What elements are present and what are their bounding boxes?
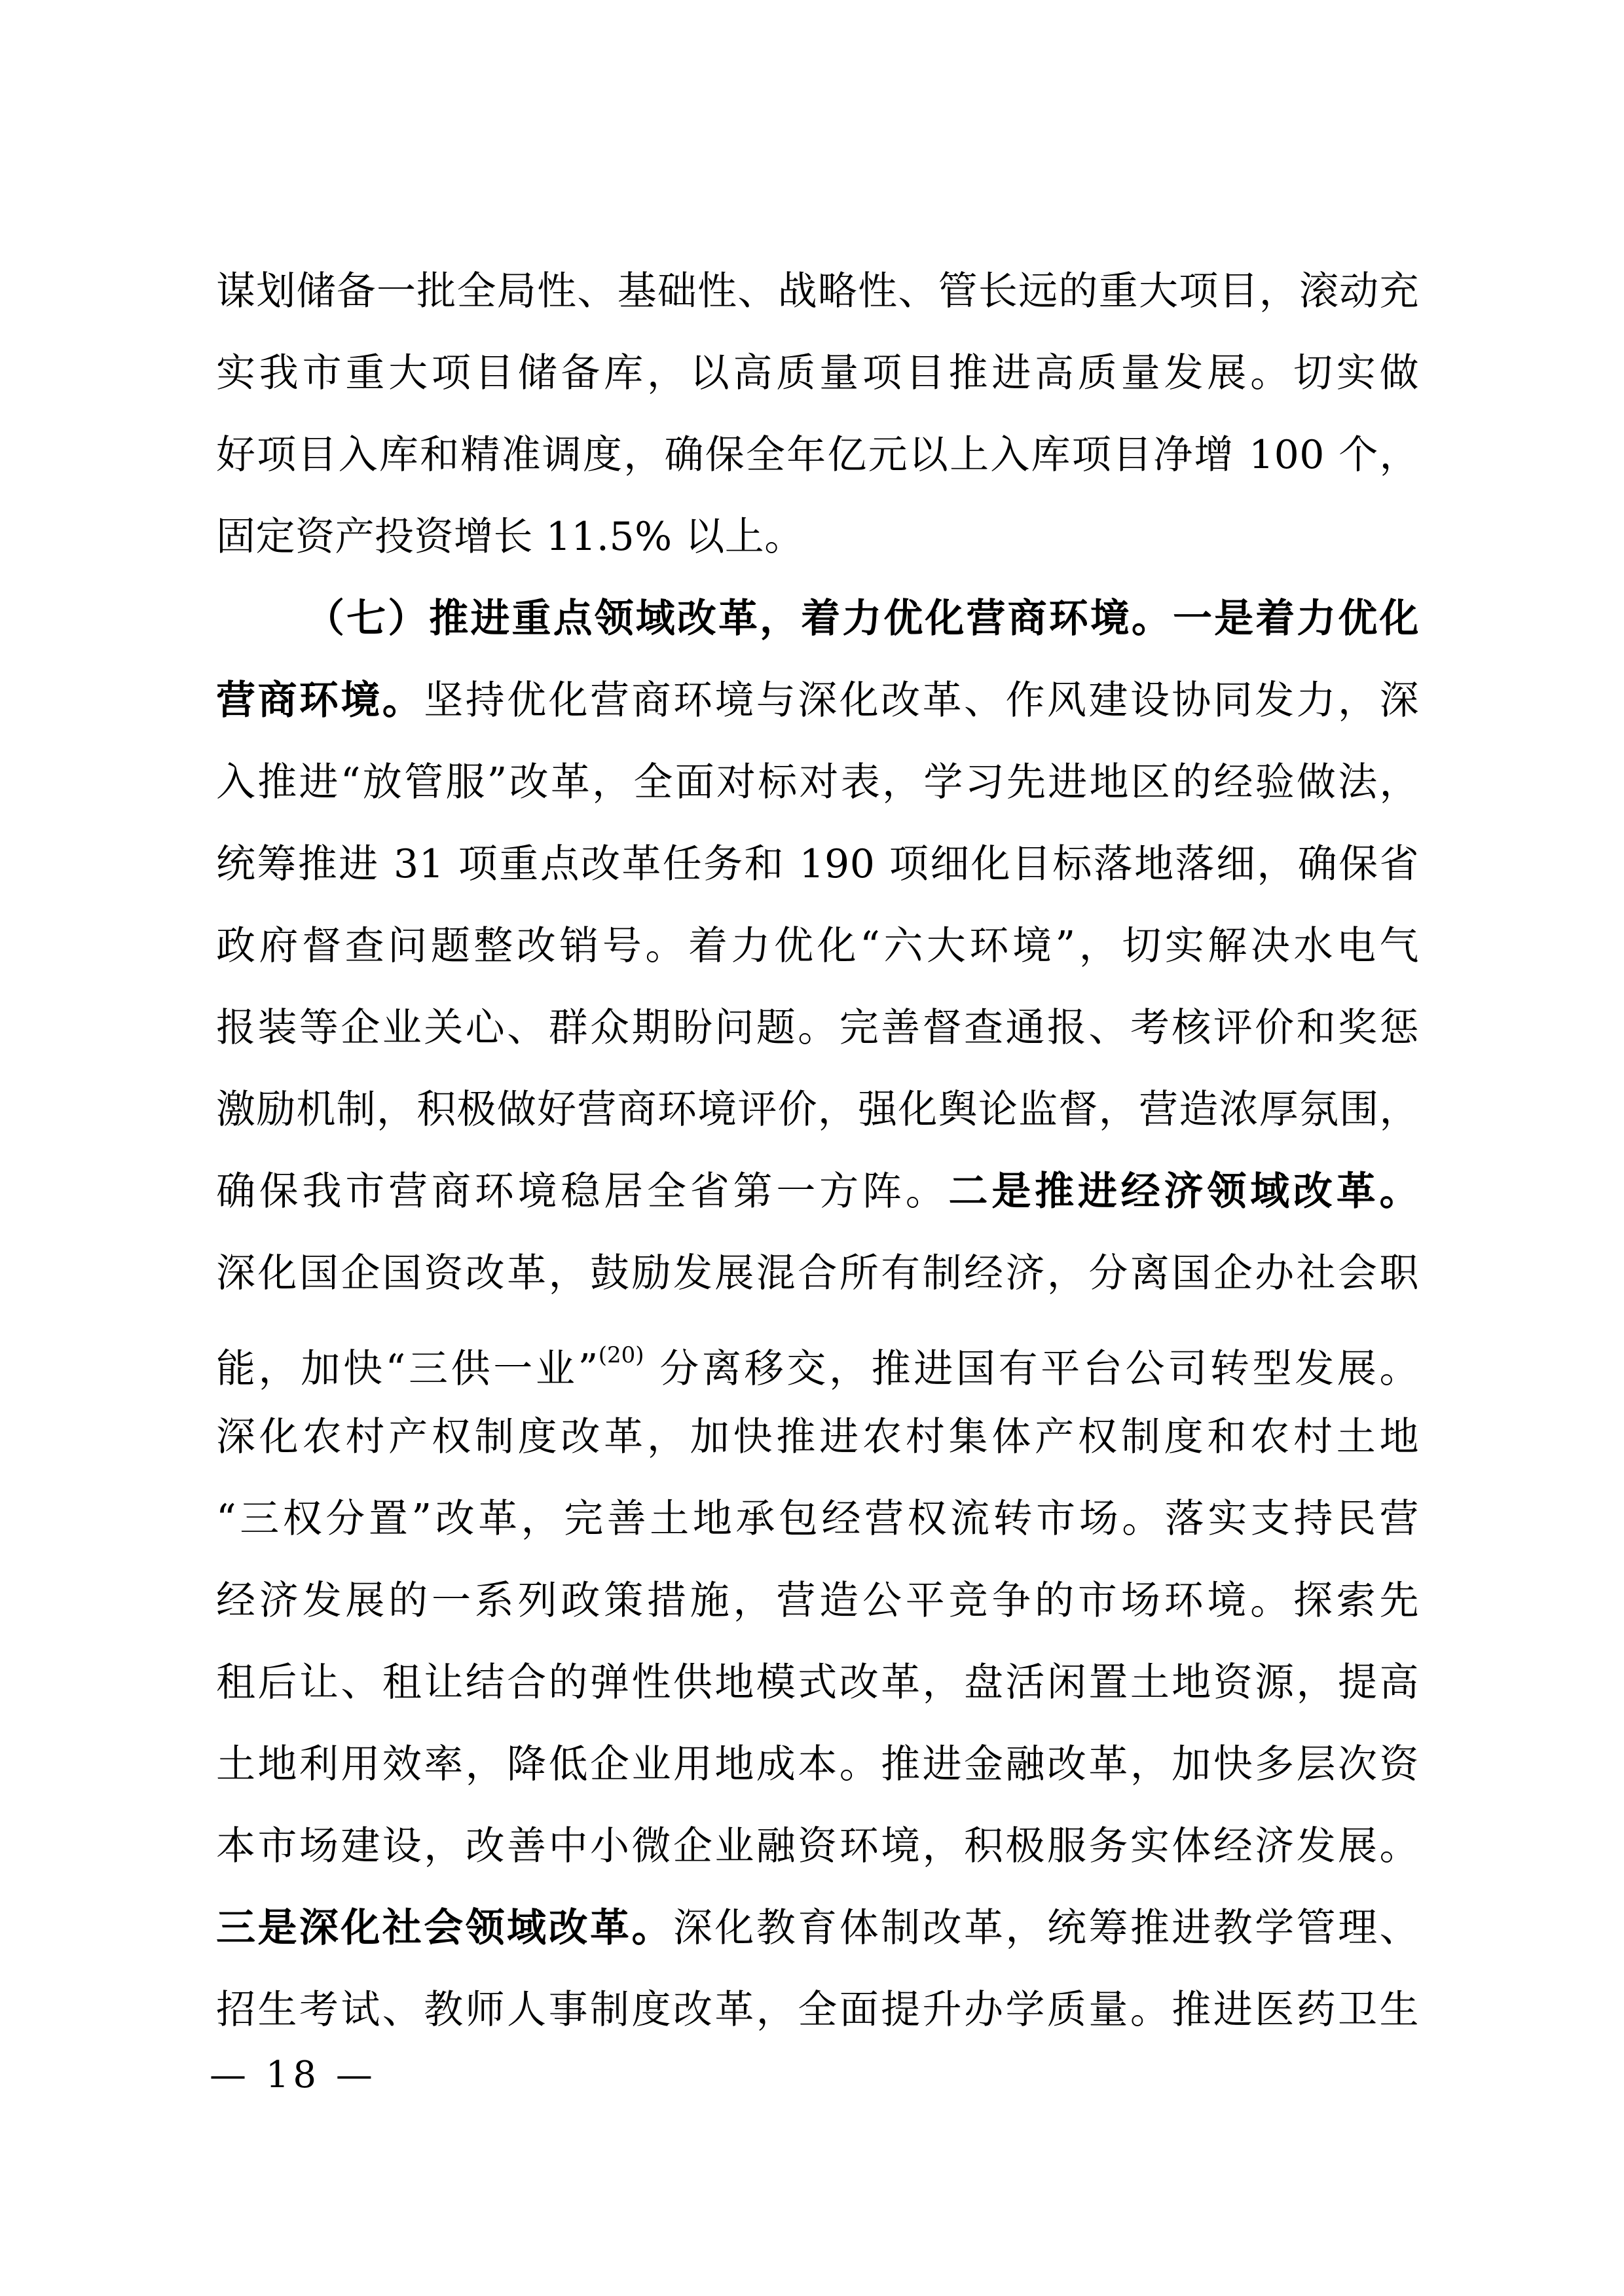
text-segment: 招生考试、教师人事制度改革，全面提升办学质量。推进医药卫生 (216, 1987, 1419, 2033)
document-body: 谋划储备一批全局性、基础性、战略性、管长远的重大项目，滚动充实我市重大项目储备库… (216, 251, 1419, 2051)
text-segment: 土地利用效率，降低企业用地成本。推进金融改革，加快多层次资 (216, 1741, 1419, 1787)
text-segment: 能，加快“三供一业” (216, 1346, 599, 1392)
text-segment: 深化教育体制改革，统筹推进教学管理、 (673, 1905, 1419, 1951)
text-segment: 固定资产投资增长 11.5% 以上。 (216, 514, 804, 560)
text-line: 报装等企业关心、群众期盼问题。完善督查通报、考核评价和奖惩 (216, 987, 1419, 1069)
text-segment: 确保我市营商环境稳居全省第一方阵。 (216, 1169, 949, 1214)
text-line: 深化农村产权制度改革，加快推进农村集体产权制度和农村土地 (216, 1396, 1419, 1478)
bold-text-segment: （七）推进重点领域改革，着力优化营商环境。一是着力优化 (305, 596, 1419, 642)
text-segment: 经济发展的一系列政策措施，营造公平竞争的市场环境。探索先 (216, 1578, 1419, 1624)
footnote-ref: (20) (599, 1342, 644, 1368)
text-line: 招生考试、教师人事制度改革，全面提升办学质量。推进医药卫生 (216, 1969, 1419, 2051)
text-line: 激励机制，积极做好营商环境评价，强化舆论监督，营造浓厚氛围， (216, 1069, 1419, 1151)
text-line: 土地利用效率，降低企业用地成本。推进金融改革，加快多层次资 (216, 1724, 1419, 1806)
text-line: 实我市重大项目储备库，以高质量项目推进高质量发展。切实做 (216, 333, 1419, 414)
text-segment: 深化农村产权制度改革，加快推进农村集体产权制度和农村土地 (216, 1414, 1419, 1460)
text-segment: 报装等企业关心、群众期盼问题。完善督查通报、考核评价和奖惩 (216, 1005, 1419, 1051)
text-line: 政府督查问题整改销号。着力优化“六大环境”，切实解决水电气 (216, 905, 1419, 987)
text-line: 入推进“放管服”改革，全面对标对表，学习先进地区的经验做法， (216, 742, 1419, 824)
text-segment: 深化国企国资改革，鼓励发展混合所有制经济，分离国企办社会职 (216, 1250, 1419, 1296)
text-line: 深化国企国资改革，鼓励发展混合所有制经济，分离国企办社会职 (216, 1233, 1419, 1315)
text-line: 能，加快“三供一业”(20) 分离移交，推进国有平台公司转型发展。 (216, 1315, 1419, 1396)
text-segment: 政府督查问题整改销号。着力优化“六大环境”，切实解决水电气 (216, 923, 1419, 969)
text-line: 固定资产投资增长 11.5% 以上。 (216, 496, 1419, 578)
text-line: （七）推进重点领域改革，着力优化营商环境。一是着力优化 (216, 578, 1419, 660)
text-segment: 租后让、租让结合的弹性供地模式改革，盘活闲置土地资源，提高 (216, 1660, 1419, 1705)
text-line: 统筹推进 31 项重点改革任务和 190 项细化目标落地落细，确保省 (216, 824, 1419, 905)
document-page: 谋划储备一批全局性、基础性、战略性、管长远的重大项目，滚动充实我市重大项目储备库… (0, 0, 1624, 2296)
text-line: 营商环境。坚持优化营商环境与深化改革、作风建设协同发力，深 (216, 660, 1419, 742)
text-segment: 坚持优化营商环境与深化改革、作风建设协同发力，深 (424, 678, 1419, 723)
page-number: — 18 — (210, 2054, 377, 2096)
bold-text-segment: 三是深化社会领域改革。 (216, 1905, 673, 1951)
text-line: 三是深化社会领域改革。深化教育体制改革，统筹推进教学管理、 (216, 1887, 1419, 1969)
text-segment: 分离移交，推进国有平台公司转型发展。 (644, 1346, 1419, 1392)
text-segment: 本市场建设，改善中小微企业融资环境，积极服务实体经济发展。 (216, 1823, 1419, 1869)
text-line: 经济发展的一系列政策措施，营造公平竞争的市场环境。探索先 (216, 1560, 1419, 1642)
text-line: 租后让、租让结合的弹性供地模式改革，盘活闲置土地资源，提高 (216, 1642, 1419, 1724)
text-line: 确保我市营商环境稳居全省第一方阵。二是推进经济领域改革。 (216, 1151, 1419, 1233)
text-line: 好项目入库和精准调度，确保全年亿元以上入库项目净增 100 个， (216, 414, 1419, 496)
text-line: “三权分置”改革，完善土地承包经营权流转市场。落实支持民营 (216, 1478, 1419, 1560)
text-segment: “三权分置”改革，完善土地承包经营权流转市场。落实支持民营 (216, 1496, 1419, 1542)
text-segment: 谋划储备一批全局性、基础性、战略性、管长远的重大项目，滚动充 (216, 268, 1419, 314)
text-segment: 统筹推进 31 项重点改革任务和 190 项细化目标落地落细，确保省 (216, 841, 1419, 887)
bold-text-segment: 二是推进经济领域改革。 (949, 1169, 1419, 1214)
text-line: 本市场建设，改善中小微企业融资环境，积极服务实体经济发展。 (216, 1806, 1419, 1887)
text-segment: 激励机制，积极做好营商环境评价，强化舆论监督，营造浓厚氛围， (216, 1087, 1419, 1133)
text-segment: 好项目入库和精准调度，确保全年亿元以上入库项目净增 100 个， (216, 432, 1419, 478)
bold-text-segment: 营商环境。 (216, 678, 424, 723)
text-segment: 入推进“放管服”改革，全面对标对表，学习先进地区的经验做法， (216, 759, 1419, 805)
text-line: 谋划储备一批全局性、基础性、战略性、管长远的重大项目，滚动充 (216, 251, 1419, 333)
text-segment: 实我市重大项目储备库，以高质量项目推进高质量发展。切实做 (216, 350, 1419, 396)
